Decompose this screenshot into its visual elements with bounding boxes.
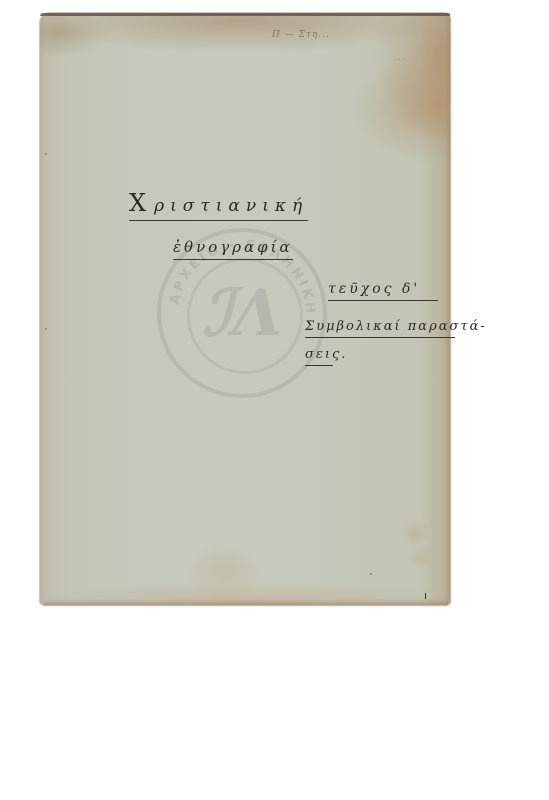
handwritten-subtitle-line-1: Συμβολικαί παραστά-: [305, 319, 455, 338]
paper-speck: [45, 328, 47, 330]
manuscript-page: Π — Στη... ... ℐΛ ΑΡΧΕΙΟ · ΕΛΛΗΝΙΚΗ Χρισ…: [40, 13, 450, 605]
handwritten-volume-line: τεῦχος δ': [328, 281, 438, 301]
page-number-mark: [425, 593, 426, 599]
handwritten-subtitle-line-2: σεις.: [305, 347, 333, 366]
paper-speck: [370, 573, 372, 575]
handwritten-title-line-2: ἐθνογραφία: [173, 238, 293, 260]
top-right-note: ...: [395, 53, 406, 62]
handwritten-title-line-1: Χριστιανική: [129, 189, 308, 221]
handwritten-initial-letter: Χ: [129, 189, 154, 217]
top-margin-note: Π — Στη...: [272, 30, 330, 40]
scan-canvas: Π — Στη... ... ℐΛ ΑΡΧΕΙΟ · ΕΛΛΗΝΙΚΗ Χρισ…: [0, 0, 549, 800]
handwritten-title-rest: ριστιανική: [154, 196, 308, 216]
paper-speck: [45, 153, 47, 155]
